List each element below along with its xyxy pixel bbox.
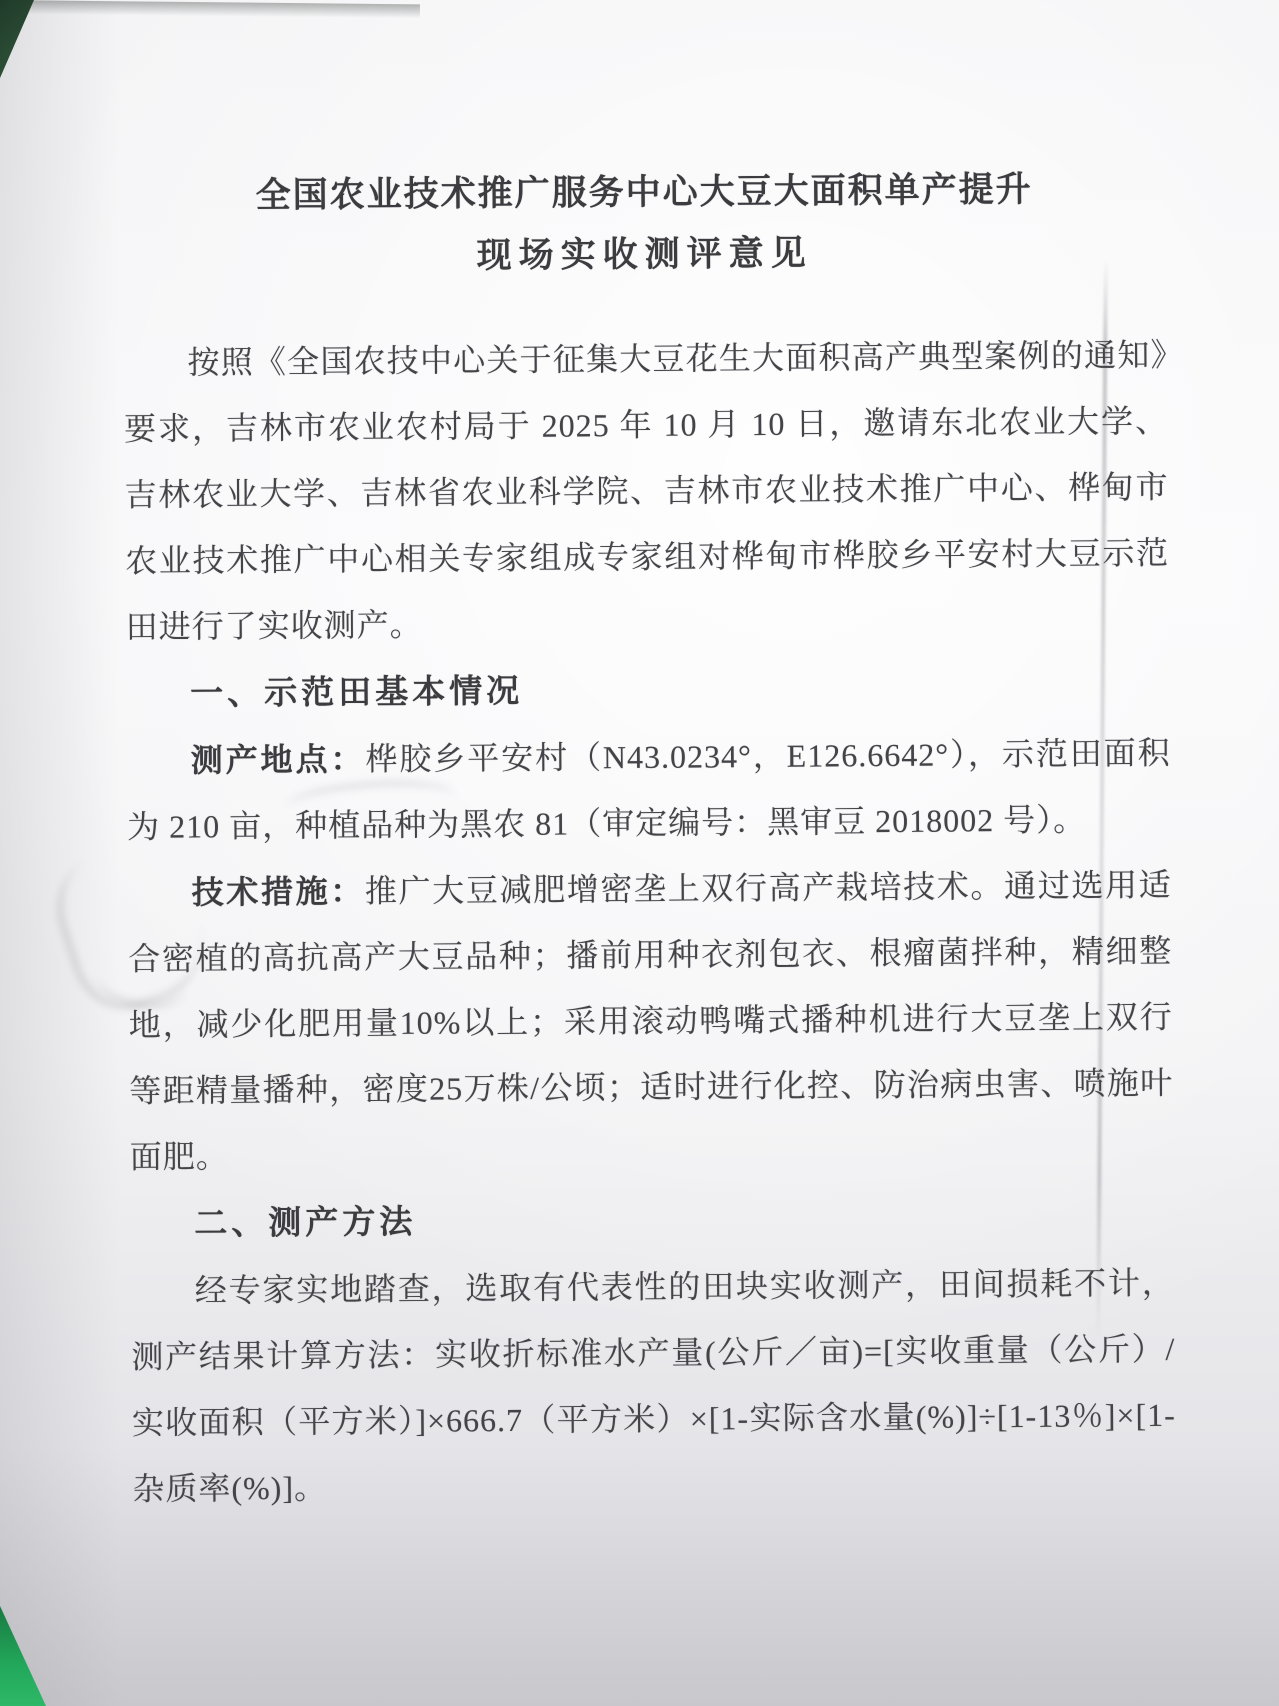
document-content: 全国农业技术推广服务中心大豆大面积单产提升 现场实收测评意见 按照《全国农技中心… [122, 158, 1177, 1522]
document-title: 全国农业技术推广服务中心大豆大面积单产提升 现场实收测评意见 [122, 158, 1167, 290]
section-1-paragraph-location: 测产地点：桦胶乡平安村（N43.0234°，E126.6642°），示范田面积为… [126, 720, 1171, 860]
section-1-paragraph-techniques: 技术措施：推广大豆减肥增密垄上双行高产栽培技术。通过选用适合密植的高抗高产大豆品… [127, 852, 1174, 1190]
document-title-line1: 全国农业技术推广服务中心大豆大面积单产提升 [122, 158, 1166, 228]
section-1-heading: 一、示范田基本情况 [126, 652, 1171, 728]
location-label: 测产地点： [191, 740, 366, 779]
techniques-label: 技术措施： [192, 872, 366, 911]
section-2-paragraph-method: 经专家实地踏查，选取有代表性的田块实收测产，田间损耗不计，测产结果计算方法：实收… [131, 1250, 1177, 1522]
scanned-document-photo: { "document": { "title": { "line1": "全国农… [0, 0, 1279, 1706]
intro-paragraph: 按照《全国农技中心关于征集大豆花生大面积高产典型案例的通知》要求，吉林市农业农村… [123, 322, 1170, 660]
document-title-line2: 现场实收测评意见 [122, 220, 1166, 290]
techniques-text: 推广大豆减肥增密垄上双行高产栽培技术。通过选用适合密植的高抗高产大豆品种；播前用… [128, 867, 1173, 1175]
section-2-heading: 二、测产方法 [130, 1182, 1175, 1258]
